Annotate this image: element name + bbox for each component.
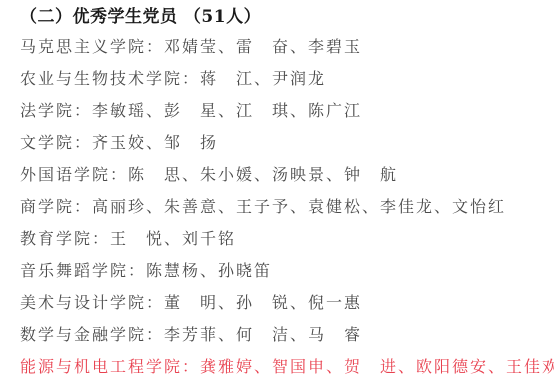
student-names: 王 悦、刘千铭 [110, 229, 236, 248]
college-name: 美术与设计学院 [20, 293, 146, 312]
student-names: 董 明、孙 锐、倪一惠 [164, 293, 362, 312]
student-names: 李敏瑶、彭 星、江 琪、陈广江 [92, 101, 362, 120]
entry-line: 商学院：高丽珍、朱善意、王子予、袁健松、李佳龙、文怡红 [20, 194, 506, 217]
student-names: 龚雅婷、智国申、贺 进、欧阳德安、王佳欢 [200, 357, 554, 376]
entry-line: 法学院：李敏瑶、彭 星、江 琪、陈广江 [20, 98, 362, 121]
student-names: 陈 思、朱小媛、汤映景、钟 航 [128, 165, 398, 184]
college-name: 外国语学院 [20, 165, 110, 184]
college-name: 商学院 [20, 197, 74, 216]
college-name: 法学院 [20, 101, 74, 120]
separator: ： [182, 357, 200, 376]
separator: ： [74, 101, 92, 120]
entry-line-highlighted: 能源与机电工程学院：龚雅婷、智国申、贺 进、欧阳德安、王佳欢 [20, 354, 554, 377]
separator: ： [74, 197, 92, 216]
separator: ： [110, 165, 128, 184]
separator: ： [146, 293, 164, 312]
college-name: 音乐舞蹈学院 [20, 261, 128, 280]
college-name: 文学院 [20, 133, 74, 152]
college-name: 马克思主义学院 [20, 37, 146, 56]
entry-line: 马克思主义学院：邓婧莹、雷 奋、李碧玉 [20, 34, 362, 57]
entry-line: 美术与设计学院：董 明、孙 锐、倪一惠 [20, 290, 362, 313]
entry-line: 音乐舞蹈学院：陈慧杨、孙晓笛 [20, 258, 272, 281]
entry-line: 教育学院：王 悦、刘千铭 [20, 226, 236, 249]
entry-line: 农业与生物技术学院：蒋 江、尹润龙 [20, 66, 326, 89]
separator: ： [74, 133, 92, 152]
student-names: 邓婧莹、雷 奋、李碧玉 [164, 37, 362, 56]
college-name: 数学与金融学院 [20, 325, 146, 344]
college-name: 能源与机电工程学院 [20, 357, 182, 376]
college-name: 教育学院 [20, 229, 92, 248]
separator: ： [92, 229, 110, 248]
student-names: 陈慧杨、孙晓笛 [146, 261, 272, 280]
college-name: 农业与生物技术学院 [20, 69, 182, 88]
section-title: （二）优秀学生党员 （51人） [20, 2, 261, 27]
entry-line: 文学院：齐玉姣、邹 扬 [20, 130, 218, 153]
student-names: 齐玉姣、邹 扬 [92, 133, 218, 152]
separator: ： [146, 325, 164, 344]
separator: ： [146, 37, 164, 56]
entry-line: 数学与金融学院：李芳菲、何 洁、马 睿 [20, 322, 362, 345]
student-names: 高丽珍、朱善意、王子予、袁健松、李佳龙、文怡红 [92, 197, 506, 216]
entry-line: 外国语学院：陈 思、朱小媛、汤映景、钟 航 [20, 162, 398, 185]
student-names: 蒋 江、尹润龙 [200, 69, 326, 88]
separator: ： [128, 261, 146, 280]
separator: ： [182, 69, 200, 88]
student-names: 李芳菲、何 洁、马 睿 [164, 325, 362, 344]
